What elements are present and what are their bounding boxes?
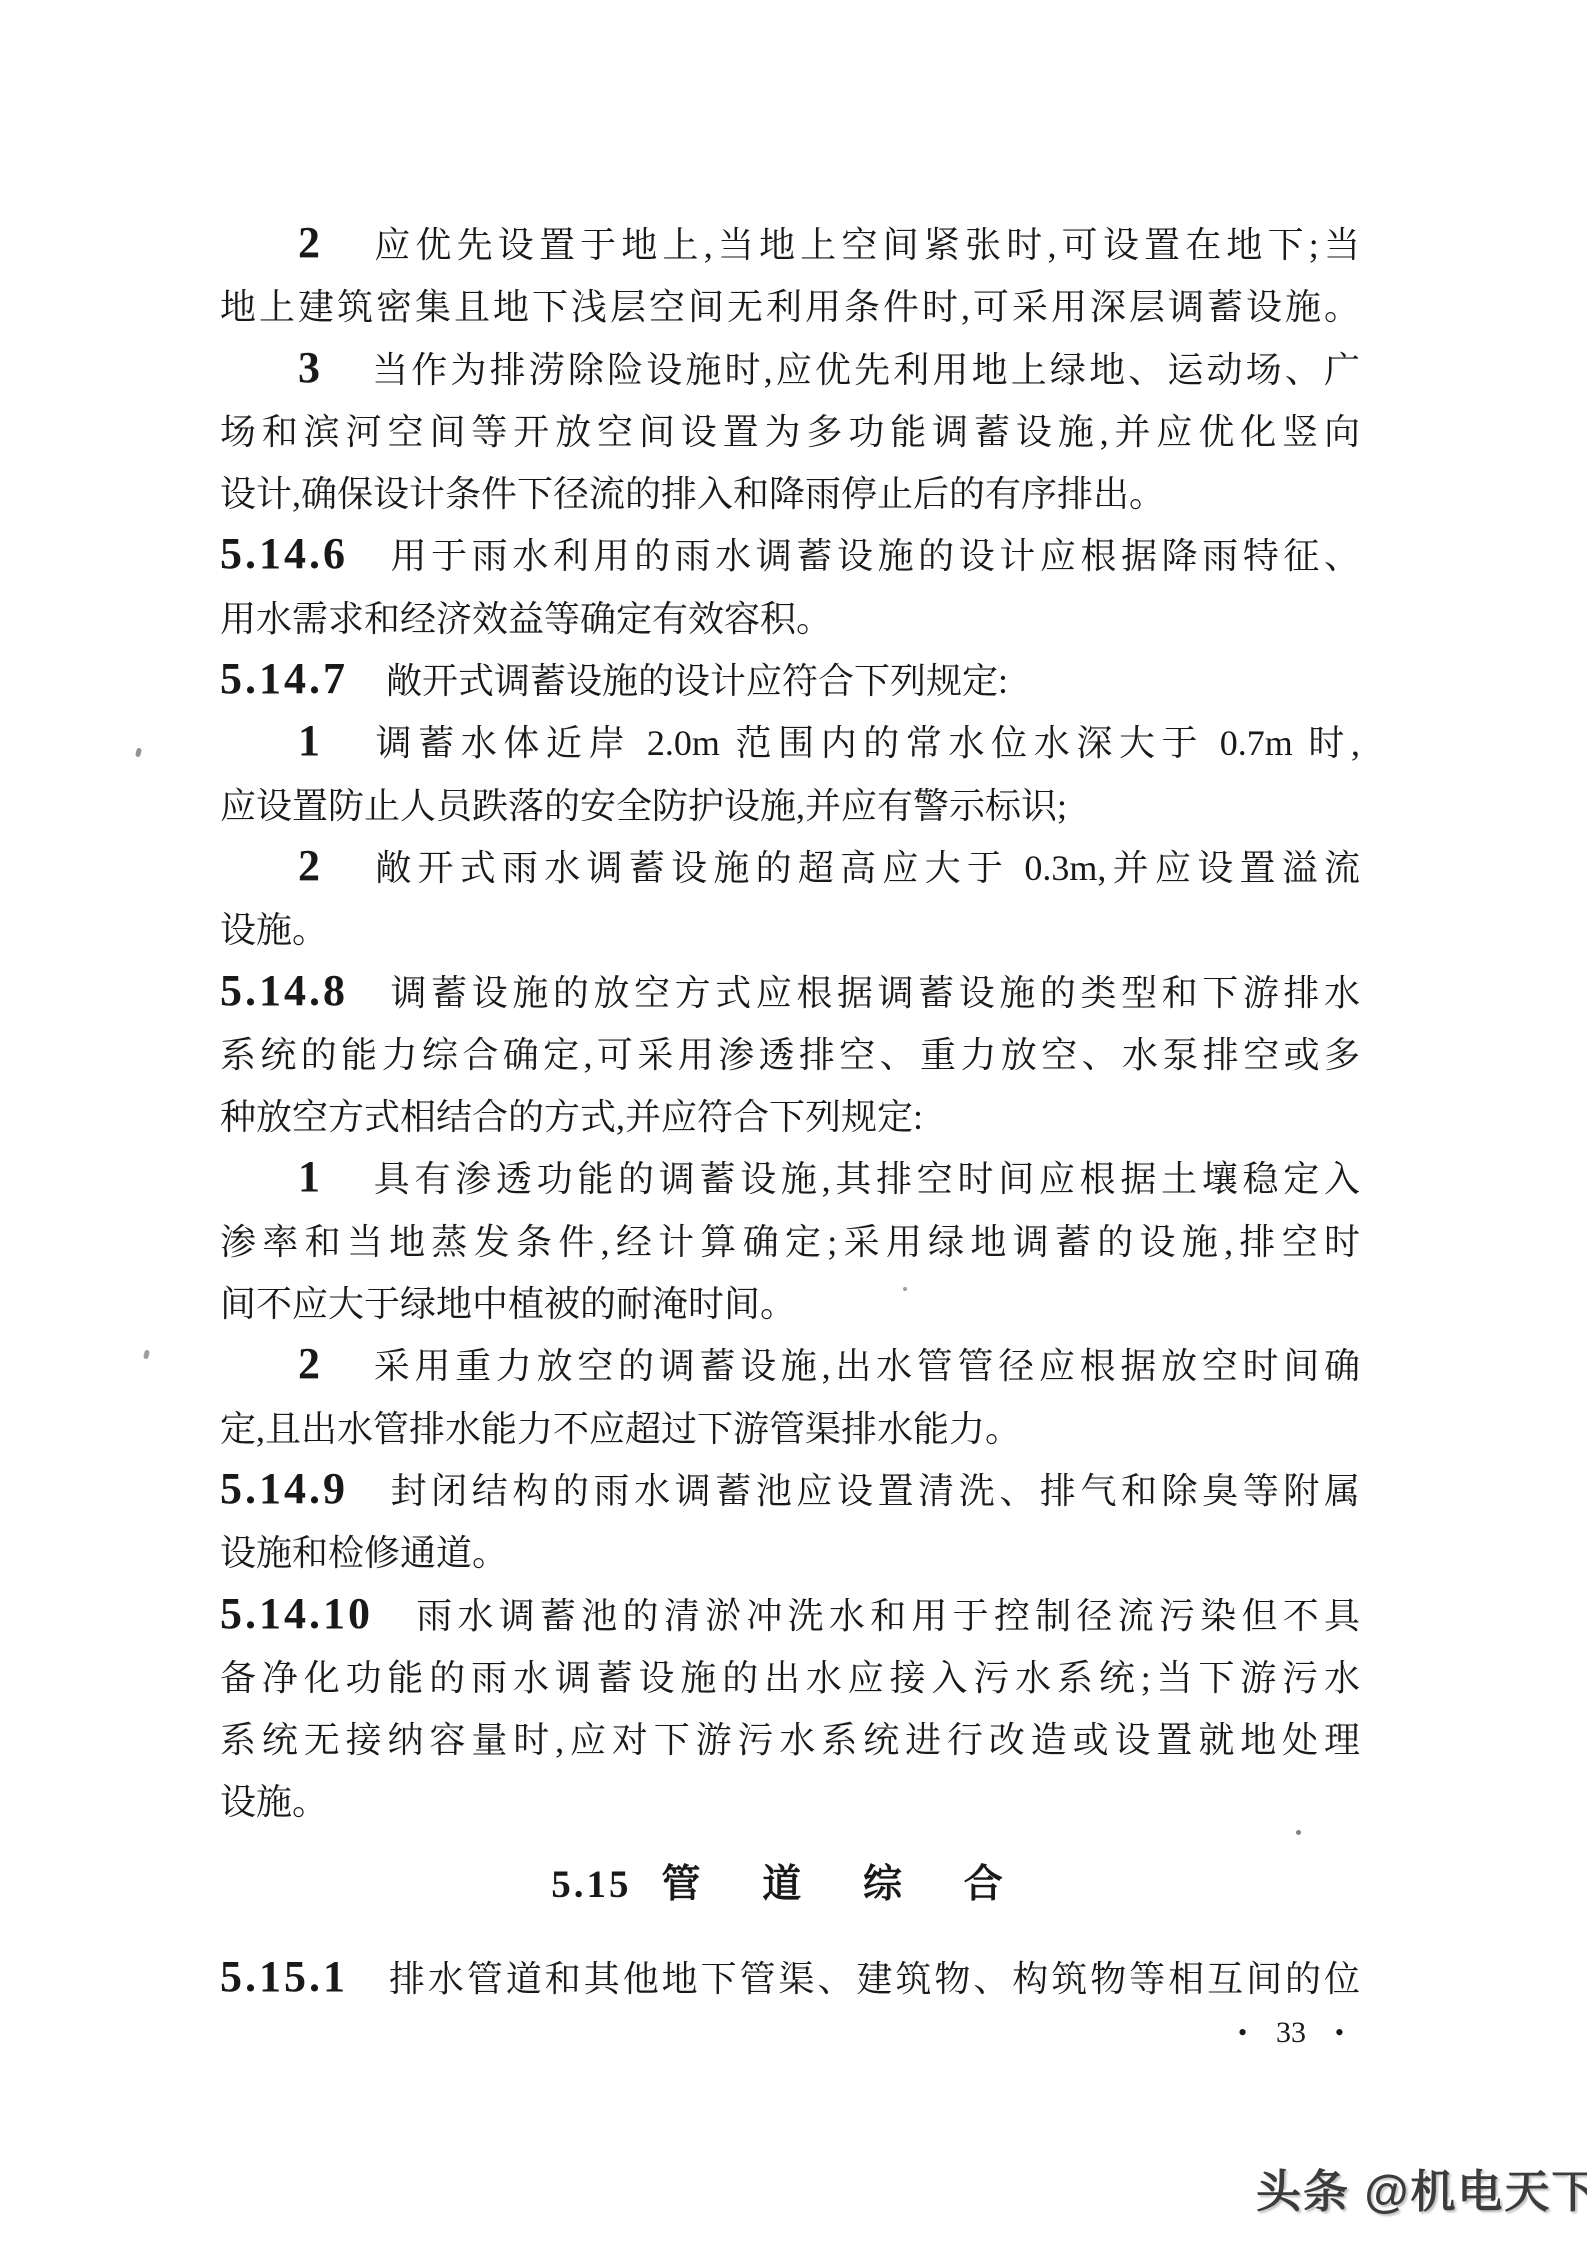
section-line: 5.15.1排水管道和其他地下管渠、建筑物、构筑物等相互间的位 — [220, 1948, 1360, 2010]
number-gap — [323, 1377, 369, 1378]
item-number: 2 — [298, 218, 323, 267]
page-number-value: 33 — [1276, 2016, 1306, 2050]
number-gap — [348, 1990, 386, 1991]
line-text: 设计,确保设计条件下径流的排入和降雨停止后的有序排出。 — [220, 474, 1165, 514]
page-number-left-dot: • — [1238, 2018, 1247, 2048]
section-number: 5.14.9 — [220, 1464, 348, 1513]
clause-item-line: 2应优先设置于地上,当地上空间紧张时,可设置在地下;当 — [220, 214, 1360, 276]
paragraph-line: 备净化功能的雨水调蓄设施的出水应接入污水系统;当下游污水 — [220, 1647, 1360, 1709]
section-heading: 5.15管 道 综 合 — [220, 1854, 1360, 1916]
clause-item-line: 3当作为排涝除险设施时,应优先利用地上绿地、运动场、广 — [220, 339, 1360, 401]
line-text: 备净化功能的雨水调蓄设施的出水应接入污水系统;当下游污水 — [220, 1658, 1360, 1698]
number-gap — [373, 1627, 411, 1628]
clause-item-line: 1调蓄水体近岸 2.0m 范围内的常水位水深大于 0.7m 时, — [220, 712, 1360, 774]
line-text: 敞开式雨水调蓄设施的超高应大于 0.3m,并应设置溢流 — [369, 848, 1360, 888]
section-number: 5.14.10 — [220, 1589, 373, 1638]
scan-speck — [135, 748, 142, 758]
paragraph-line: 设施。 — [220, 1771, 1360, 1833]
clause-item-line: 2采用重力放空的调蓄设施,出水管管径应根据放空时间确 — [220, 1335, 1360, 1397]
section-heading-title: 管 道 综 合 — [661, 1863, 1028, 1906]
line-text: 系统的能力综合确定,可采用渗透排空、重力放空、水泵排空或多 — [220, 1035, 1360, 1075]
section-line: 5.14.9封闭结构的雨水调蓄池应设置清洗、排气和除臭等附属 — [220, 1460, 1360, 1522]
item-number: 2 — [298, 1339, 323, 1388]
paragraph-line: 地上建筑密集且地下浅层空间无利用条件时,可采用深层调蓄设施。 — [220, 276, 1360, 338]
line-text: 渗率和当地蒸发条件,经计算确定;采用绿地调蓄的设施,排空时 — [220, 1222, 1360, 1262]
line-text: 具有渗透功能的调蓄设施,其排空时间应根据土壤稳定入 — [369, 1159, 1360, 1199]
number-gap — [323, 1190, 369, 1191]
paragraph-line: 定,且出水管排水能力不应超过下游管渠排水能力。 — [220, 1398, 1360, 1460]
line-text: 用水需求和经济效益等确定有效容积。 — [220, 599, 832, 639]
section-number: 5.14.6 — [220, 529, 348, 578]
paragraph-line: 场和滨河空间等开放空间设置为多功能调蓄设施,并应优化竖向 — [220, 401, 1360, 463]
paragraph-line: 设施。 — [220, 899, 1360, 961]
line-text: 雨水调蓄池的清淤冲洗水和用于控制径流污染但不具 — [411, 1596, 1360, 1636]
scan-speck — [143, 1350, 150, 1360]
number-gap — [348, 692, 386, 693]
section-heading-number: 5.15 — [551, 1863, 631, 1906]
item-number: 3 — [298, 343, 323, 392]
number-gap — [348, 1502, 386, 1503]
page-number: • 33 • — [1238, 2016, 1344, 2050]
paragraph-line: 应设置防止人员跌落的安全防护设施,并应有警示标识; — [220, 775, 1360, 837]
line-text: 采用重力放空的调蓄设施,出水管管径应根据放空时间确 — [369, 1346, 1360, 1386]
line-text: 排水管道和其他地下管渠、建筑物、构筑物等相互间的位 — [386, 1959, 1360, 1999]
line-text: 间不应大于绿地中植被的耐淹时间。 — [220, 1284, 796, 1324]
line-text: 设施和检修通道。 — [220, 1533, 508, 1573]
watermark: 头条 @机电天下 — [1256, 2155, 1587, 2220]
item-number: 1 — [298, 716, 323, 765]
line-text: 封闭结构的雨水调蓄池应设置清洗、排气和除臭等附属 — [386, 1471, 1360, 1511]
line-text: 设施。 — [220, 910, 328, 950]
text-column: 2应优先设置于地上,当地上空间紧张时,可设置在地下;当 地上建筑密集且地下浅层空… — [220, 214, 1360, 2010]
paragraph-line: 系统无接纳容量时,应对下游污水系统进行改造或设置就地处理 — [220, 1709, 1360, 1771]
section-number: 5.14.7 — [220, 654, 348, 703]
clause-item-line: 2敞开式雨水调蓄设施的超高应大于 0.3m,并应设置溢流 — [220, 837, 1360, 899]
document-page: 2应优先设置于地上,当地上空间紧张时,可设置在地下;当 地上建筑密集且地下浅层空… — [0, 0, 1587, 2245]
number-gap — [323, 381, 369, 382]
section-number: 5.14.8 — [220, 966, 348, 1015]
paragraph-line: 系统的能力综合确定,可采用渗透排空、重力放空、水泵排空或多 — [220, 1024, 1360, 1086]
number-gap — [323, 879, 369, 880]
line-text: 调蓄水体近岸 2.0m 范围内的常水位水深大于 0.7m 时, — [369, 723, 1360, 763]
line-text: 设施。 — [220, 1782, 328, 1822]
line-text: 调蓄设施的放空方式应根据调蓄设施的类型和下游排水 — [386, 973, 1360, 1013]
section-line: 5.14.6用于雨水利用的雨水调蓄设施的设计应根据降雨特征、 — [220, 525, 1360, 587]
paragraph-line: 间不应大于绿地中植被的耐淹时间。 — [220, 1273, 1360, 1335]
paragraph-line: 渗率和当地蒸发条件,经计算确定;采用绿地调蓄的设施,排空时 — [220, 1211, 1360, 1273]
line-text: 当作为排涝除险设施时,应优先利用地上绿地、运动场、广 — [369, 350, 1360, 390]
line-text: 系统无接纳容量时,应对下游污水系统进行改造或设置就地处理 — [220, 1720, 1360, 1760]
section-line: 5.14.7敞开式调蓄设施的设计应符合下列规定: — [220, 650, 1360, 712]
line-text: 敞开式调蓄设施的设计应符合下列规定: — [386, 661, 1008, 701]
line-text: 定,且出水管排水能力不应超过下游管渠排水能力。 — [220, 1409, 1021, 1449]
line-text: 种放空方式相结合的方式,并应符合下列规定: — [220, 1097, 923, 1137]
line-text: 地上建筑密集且地下浅层空间无利用条件时,可采用深层调蓄设施。 — [220, 287, 1360, 327]
number-gap — [323, 256, 369, 257]
line-text: 场和滨河空间等开放空间设置为多功能调蓄设施,并应优化竖向 — [220, 412, 1360, 452]
section-line: 5.14.10雨水调蓄池的清淤冲洗水和用于控制径流污染但不具 — [220, 1585, 1360, 1647]
paragraph-line: 设计,确保设计条件下径流的排入和降雨停止后的有序排出。 — [220, 463, 1360, 525]
item-number: 1 — [298, 1152, 323, 1201]
paragraph-line: 种放空方式相结合的方式,并应符合下列规定: — [220, 1086, 1360, 1148]
number-gap — [348, 567, 386, 568]
item-number: 2 — [298, 841, 323, 890]
number-gap — [348, 1004, 386, 1005]
section-number: 5.15.1 — [220, 1952, 348, 2001]
paragraph-line: 设施和检修通道。 — [220, 1522, 1360, 1584]
clause-item-line: 1具有渗透功能的调蓄设施,其排空时间应根据土壤稳定入 — [220, 1148, 1360, 1210]
section-line: 5.14.8调蓄设施的放空方式应根据调蓄设施的类型和下游排水 — [220, 962, 1360, 1024]
line-text: 应优先设置于地上,当地上空间紧张时,可设置在地下;当 — [369, 225, 1360, 265]
line-text: 用于雨水利用的雨水调蓄设施的设计应根据降雨特征、 — [386, 536, 1360, 576]
number-gap — [323, 754, 369, 755]
scan-speck — [903, 1287, 907, 1291]
line-text: 应设置防止人员跌落的安全防护设施,并应有警示标识; — [220, 786, 1067, 826]
paragraph-line: 用水需求和经济效益等确定有效容积。 — [220, 588, 1360, 650]
page-number-right-dot: • — [1335, 2018, 1344, 2048]
scan-speck — [1296, 1830, 1301, 1835]
